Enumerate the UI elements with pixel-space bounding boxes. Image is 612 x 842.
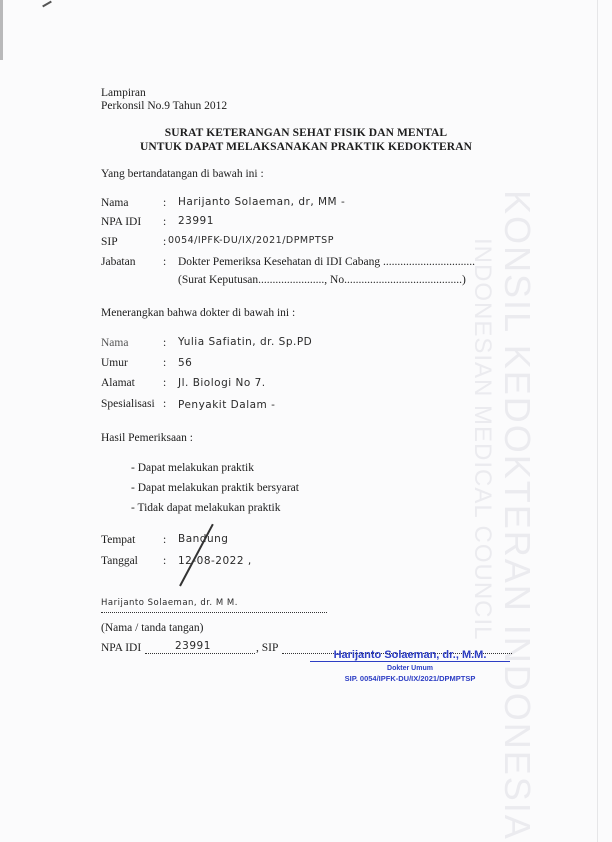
- signer-position-label: Jabatan: [101, 256, 135, 268]
- signer-sip-label: SIP: [101, 236, 118, 248]
- colon: :: [163, 377, 166, 389]
- colon: :: [163, 398, 166, 410]
- signature-caption: (Nama / tanda tangan): [101, 622, 204, 634]
- results-heading: Hasil Pemeriksaan :: [101, 432, 193, 444]
- doctor-name-label: Nama: [101, 337, 128, 349]
- signer-npa-value: 23991: [178, 215, 214, 227]
- signer-name-value: Harijanto Solaeman, dr, MM -: [178, 196, 345, 208]
- regulation-reference: Perkonsil No.9 Tahun 2012: [101, 100, 227, 112]
- place-label: Tempat: [101, 534, 135, 546]
- signature-handwritten-name: Harijanto Solaeman, dr. M M.: [101, 598, 238, 608]
- colon: :: [163, 337, 166, 349]
- signer-sip-value: 0054/IPFK-DU/IX/2021/DPMPTSP: [168, 235, 334, 246]
- doctor-address-label: Alamat: [101, 377, 135, 389]
- scan-edge: [0, 0, 3, 60]
- attachment-label: Lampiran: [101, 87, 146, 99]
- watermark: KONSIL KEDOKTERAN INDONESIA INDONESIAN M…: [468, 190, 538, 841]
- watermark-line-2: INDONESIAN MEDICAL COUNCIL: [468, 238, 496, 841]
- colon: :: [163, 555, 166, 567]
- signer-npa-label: NPA IDI: [101, 216, 141, 228]
- colon: :: [163, 236, 166, 248]
- npa-label: NPA IDI: [101, 642, 141, 654]
- doctor-address-value: Jl. Biologi No 7.: [178, 377, 266, 389]
- stamp-sip: SIP. 0054/IPFK-DU/IX/2021/DPMPTSP: [300, 674, 520, 683]
- document-title-line-2: UNTUK DAPAT MELAKSANAKAN PRAKTIK KEDOKTE…: [0, 141, 612, 153]
- doctor-name-value: Yulia Safiatin, dr. Sp.PD: [178, 336, 312, 348]
- doctor-age-label: Umur: [101, 357, 128, 369]
- scan-mark: [42, 1, 52, 8]
- npa-dotted-line: [145, 653, 255, 654]
- stamp-title: Dokter Umum: [310, 665, 510, 672]
- colon: :: [163, 534, 166, 546]
- decree-line: (Surat Keputusan.......................,…: [178, 274, 466, 286]
- date-label: Tanggal: [101, 555, 138, 567]
- signer-name-label: Nama: [101, 197, 128, 209]
- signature-line: [101, 612, 327, 613]
- stamp-name: Harijanto Solaeman, dr., M.M.: [310, 649, 510, 662]
- doctor-intro: Menerangkan bahwa dokter di bawah ini :: [101, 307, 295, 319]
- colon: :: [163, 357, 166, 369]
- npa-value: 23991: [175, 640, 211, 652]
- document-title-line-1: SURAT KETERANGAN SEHAT FISIK DAN MENTAL: [0, 127, 612, 139]
- result-option: - Tidak dapat melakukan praktik: [131, 502, 280, 514]
- signer-intro: Yang bertandatangan di bawah ini :: [101, 168, 264, 180]
- doctor-age-value: 56: [178, 357, 192, 369]
- colon: :: [163, 197, 166, 209]
- colon: :: [163, 216, 166, 228]
- result-option: - Dapat melakukan praktik: [131, 462, 254, 474]
- sip-label: , SIP: [256, 642, 278, 654]
- result-option: - Dapat melakukan praktik bersyarat: [131, 482, 299, 494]
- colon: :: [163, 256, 166, 268]
- doctor-specialty-value: Penyakit Dalam -: [178, 399, 275, 411]
- watermark-line-1: KONSIL KEDOKTERAN INDONESIA: [496, 190, 538, 841]
- signer-position-value: Dokter Pemeriksa Kesehatan di IDI Cabang…: [178, 256, 475, 268]
- doctor-specialty-label: Spesialisasi: [101, 398, 155, 410]
